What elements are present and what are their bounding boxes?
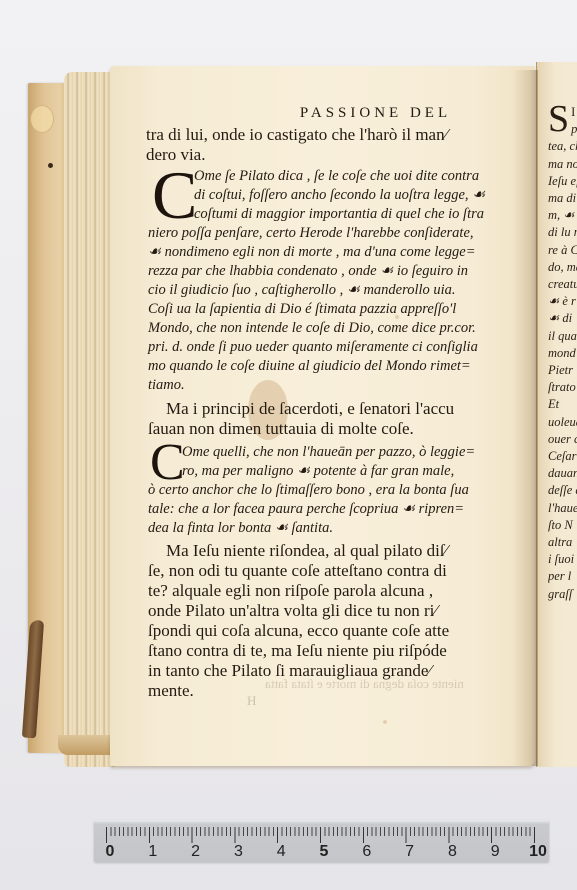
ruler-label: 2 <box>191 843 200 861</box>
facing-line: graſſ <box>548 586 577 603</box>
facing-line: ☙ è r <box>548 293 577 310</box>
facing-line: deſſe à <box>548 482 577 499</box>
ruler-labels: 012345678910 <box>98 843 548 861</box>
commentary-line: di coſtui, foſſero ancho ſecondo la uoſt… <box>148 186 523 205</box>
commentary-line: rezza par che lhabbia condenato , onde ☙… <box>148 262 523 281</box>
running-head: PASSIONE DEL <box>228 105 523 125</box>
facing-line: ſtrato <box>548 379 577 396</box>
facing-line: Ieſu eſ <box>548 173 577 190</box>
commentary-line: cio il giudicio ſuo , caſtigherollo , ☙ … <box>148 281 523 300</box>
facing-page-lines: I Nprtea, chma nonIeſu eſma di lm, ☙ ndi… <box>548 104 577 603</box>
commentary-line: ro, ma per maligno ☙ potente à far gran … <box>148 462 523 481</box>
drop-cap: C <box>152 165 197 225</box>
ruler-label: 4 <box>277 843 286 861</box>
facing-line: i ſuoi <box>548 551 577 568</box>
commentary-line: ò certo anchor che lo ſtimaſſero bono , … <box>148 481 523 500</box>
page-edges-stack <box>64 72 116 767</box>
facing-line: di lu ma <box>548 224 577 241</box>
ruler-label: 8 <box>448 843 457 861</box>
scale-ruler: 012345678910 <box>94 820 549 862</box>
foxing-spot <box>383 720 387 724</box>
facing-line: dauan <box>548 465 577 482</box>
text-line: tra di lui, onde io castigato che l'harò… <box>146 125 523 145</box>
commentary-block-1: C Ome ſe Pilato dica , ſe le coſe che uo… <box>148 167 523 395</box>
text-line: ſtano contra di te, ma Ieſu niente piu r… <box>148 641 523 661</box>
page-text-block: PASSIONE DEL tra di lui, onde io castiga… <box>148 105 523 701</box>
facing-line: ma di l <box>548 190 577 207</box>
facing-page-text: S I Nprtea, chma nonIeſu eſma di lm, ☙ n… <box>548 104 577 603</box>
commentary-line: Ome quelli, che non l'haueān per pazzo, … <box>148 443 523 462</box>
text-line: Ma i principi de ſacerdoti, e ſenatori l… <box>148 399 523 419</box>
commentary-line: Coſi ua la ſapientia di Dio é ſtimata pa… <box>148 300 523 319</box>
text-line: ſauan non dimen tuttauia di molte coſe. <box>148 419 523 439</box>
facing-line: do, ma <box>548 259 577 276</box>
commentary-line: niero poſſa penſare, certo Herode l'hare… <box>148 224 523 243</box>
ruler-label: 9 <box>491 843 500 861</box>
commentary-line: dea la finta lor bonta ☙ ſantita. <box>148 519 523 538</box>
facing-line: uoleua <box>548 414 577 431</box>
ruler-label: 5 <box>320 843 329 861</box>
commentary-line: Mondo, che non intende le coſe di Dio, c… <box>148 319 523 338</box>
cover-wormhole <box>48 163 53 168</box>
facing-line: creatu <box>548 276 577 293</box>
facing-line: m, ☙ n <box>548 207 577 224</box>
facing-line: il qua <box>548 328 577 345</box>
facing-line: re à C <box>548 242 577 259</box>
facing-line: per l <box>548 568 577 585</box>
commentary-line: coſtumi di maggior importantia di quel c… <box>148 205 523 224</box>
ruler-label: 3 <box>234 843 243 861</box>
signature-mark: H <box>247 693 256 709</box>
commentary-line: Ome ſe Pilato dica , ſe le coſe che uoi … <box>148 167 523 186</box>
facing-line: altra <box>548 534 577 551</box>
ruler-ticks <box>106 827 534 843</box>
facing-line: l'haue <box>548 500 577 517</box>
text-line: ſe, non odi tu quante coſe atteſtano con… <box>148 561 523 581</box>
facing-line: ſto N <box>548 517 577 534</box>
commentary-line: mo quando le coſe diuine al giudicio del… <box>148 357 523 376</box>
commentary-line: pri. d. onde ſi puo ueder quanto miſeram… <box>148 338 523 357</box>
ruler-label: 6 <box>362 843 371 861</box>
facing-line: ☙ di <box>548 310 577 327</box>
facing-line: mond <box>548 345 577 362</box>
facing-drop-cap: S <box>548 104 569 134</box>
drop-cap: C <box>150 439 185 487</box>
ruler-label: 7 <box>405 843 414 861</box>
text-line: te? alquale egli non riſpoſe parola alcu… <box>148 581 523 601</box>
ruler-end-tick <box>534 827 535 843</box>
commentary-line: tiamo. <box>148 376 523 395</box>
facing-line: ouer c <box>548 431 577 448</box>
facing-line: Et <box>548 396 577 413</box>
text-line: Ma Ieſu niente riſondea, al qual pilato … <box>148 541 523 561</box>
commentary-line: ☙ nondimeno egli non di morte , ma d'una… <box>148 243 523 262</box>
facing-line: Pietr <box>548 362 577 379</box>
facing-line: tea, ch <box>548 138 577 155</box>
ruler-label: 0 <box>106 843 115 861</box>
commentary-line: tale: che a lor facea paura perche ſcopr… <box>148 500 523 519</box>
ruler-label: 10 <box>529 843 547 861</box>
cover-stain <box>30 105 54 133</box>
text-line: onde Pilato un'altra volta gli dice tu n… <box>148 601 523 621</box>
show-through-text: niente coſa degna di morte e ſtata fatta <box>265 676 464 692</box>
text-line: ſpondi qui coſa alcuna, ecco quante coſe… <box>148 621 523 641</box>
facing-line: ma non <box>548 156 577 173</box>
text-line: dero via. <box>146 145 523 165</box>
commentary-block-2: C Ome quelli, che non l'haueān per pazzo… <box>148 443 523 538</box>
facing-line: Ceſar <box>548 448 577 465</box>
ruler-label: 1 <box>148 843 157 861</box>
